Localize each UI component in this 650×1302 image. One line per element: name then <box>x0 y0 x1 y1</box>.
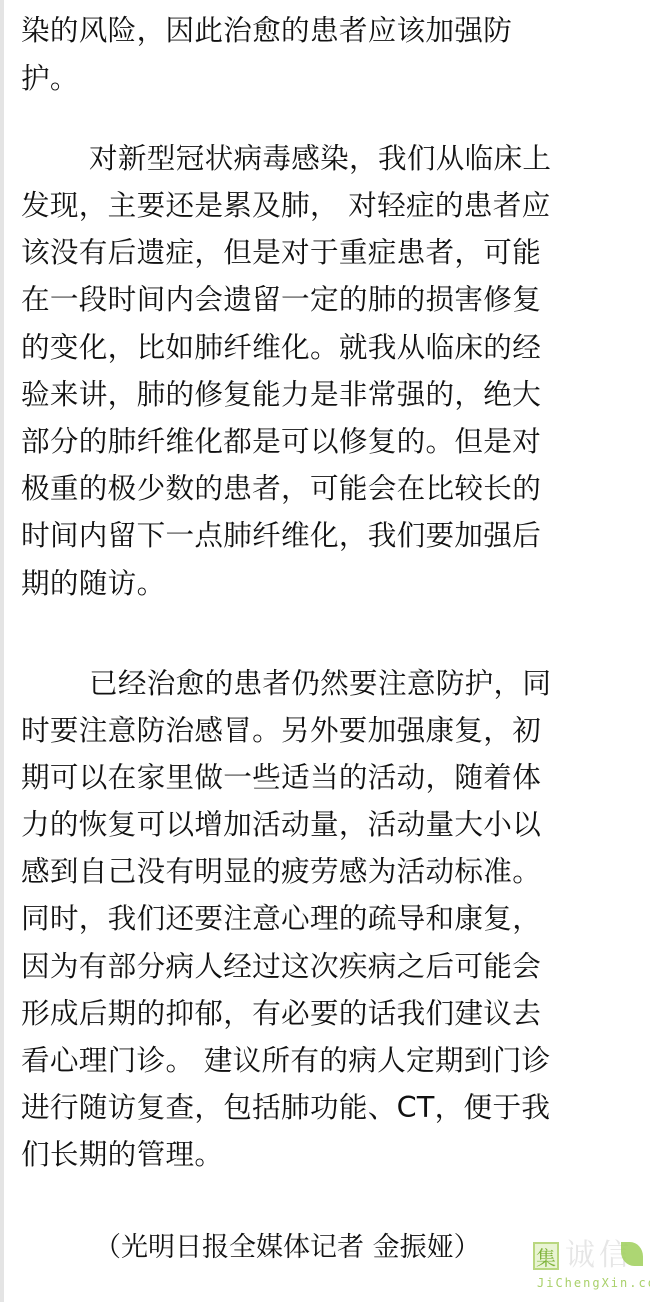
text-line: 部分的肺纤维化都是可以修复的。但是对 <box>21 421 541 461</box>
paragraph-first-line: 已经治愈的患者仍然要注意防护，同 <box>89 663 551 703</box>
page-left-border <box>0 0 4 1302</box>
text-line: 极重的极少数的患者，可能会在比较长的 <box>21 468 541 508</box>
text-line: 期的随访。 <box>21 563 165 603</box>
site-watermark: 集 诚信 JiChengXin.com <box>533 1242 650 1302</box>
reporter-byline: （光明日报全媒体记者 金振娅） <box>94 1228 481 1268</box>
text-line: 进行随访复查，包括肺功能、CT，便于我 <box>21 1087 550 1127</box>
text-line: 形成后期的抑郁，有必要的话我们建议去 <box>21 993 541 1033</box>
text-line: 的变化，比如肺纤维化。就我从临床的经 <box>21 327 541 367</box>
text-line: 时间内留下一点肺纤维化，我们要加强后 <box>21 515 541 555</box>
watermark-logo-icon: 集 <box>533 1242 559 1270</box>
text-line: 发现，主要还是累及肺， 对轻症的患者应 <box>21 185 550 225</box>
text-line: 时要注意防治感冒。另外要加强康复，初 <box>21 710 541 750</box>
text-line: 在一段时间内会遗留一定的肺的损害修复 <box>21 279 541 319</box>
text-line: 力的恢复可以增加活动量，活动量大小以 <box>21 804 541 844</box>
text-line: 染的风险，因此治愈的患者应该加强防 <box>21 10 512 50</box>
text-line: 看心理门诊。 建议所有的病人定期到门诊 <box>21 1040 550 1080</box>
paragraph-first-line: 对新型冠状病毒感染，我们从临床上 <box>89 138 551 178</box>
text-line: 期可以在家里做一些适当的活动，随着体 <box>21 757 541 797</box>
text-line: 感到自己没有明显的疲劳感为活动标准。 <box>21 851 541 891</box>
text-line: 验来讲，肺的修复能力是非常强的，绝大 <box>21 374 541 414</box>
text-line: 该没有后遗症，但是对于重症患者，可能 <box>21 232 541 272</box>
text-line: 们长期的管理。 <box>21 1134 223 1174</box>
text-line: 同时，我们还要注意心理的疏导和康复， <box>21 898 541 938</box>
text-line: 因为有部分病人经过这次疾病之后可能会 <box>21 946 541 986</box>
watermark-url: JiChengXin.com <box>537 1276 650 1290</box>
text-line: 护。 <box>21 58 79 98</box>
